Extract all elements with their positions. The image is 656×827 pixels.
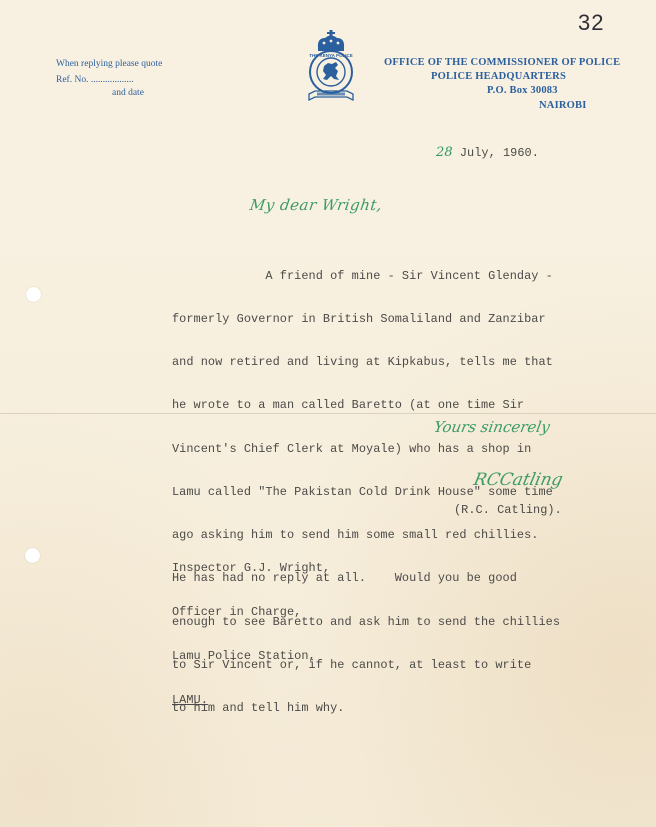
- svg-text:THE KENYA POLICE: THE KENYA POLICE: [309, 53, 352, 58]
- body-line: Vincent's Chief Clerk at Moyale) who has…: [172, 442, 560, 456]
- reply-reference-block: When replying please quote Ref. No. ....…: [56, 56, 162, 98]
- punch-hole-top: [26, 287, 41, 302]
- office-title: OFFICE OF THE COMMISSIONER OF POLICE: [384, 57, 620, 68]
- addressee-line: Officer in Charge,: [172, 605, 330, 620]
- punch-hole-bottom: [25, 548, 40, 563]
- body-line: formerly Governor in British Somaliland …: [172, 312, 560, 326]
- office-city: NAIROBI: [539, 100, 587, 111]
- page-number: 32: [578, 10, 604, 36]
- addressee-line: Lamu Police Station,: [172, 649, 330, 664]
- typed-signatory-name: (R.C. Catling).: [454, 503, 562, 517]
- handwritten-day: 28: [436, 145, 453, 160]
- kenya-police-crest-icon: THE KENYA POLICE: [303, 30, 359, 106]
- body-line: A friend of mine - Sir Vincent Glenday -: [172, 269, 560, 283]
- closing-handwritten: Yours sincerely: [432, 418, 551, 436]
- salutation: My dear Wright,: [249, 196, 384, 214]
- ref-number-line: Ref. No. ..................: [56, 72, 162, 88]
- addressee-block: Inspector G.J. Wright, Officer in Charge…: [172, 532, 330, 722]
- reply-note: When replying please quote: [56, 56, 162, 72]
- office-po-box: P.O. Box 30083: [487, 85, 558, 96]
- office-headquarters: POLICE HEADQUARTERS: [431, 71, 566, 82]
- addressee-line: Inspector G.J. Wright,: [172, 561, 330, 576]
- body-line: and now retired and living at Kipkabus, …: [172, 355, 560, 369]
- and-date-label: and date: [56, 88, 162, 98]
- signature-handwritten: RCCatling: [472, 470, 565, 490]
- letter-date: 28 July, 1960.: [436, 145, 539, 160]
- date-month-year: July, 1960.: [453, 146, 539, 160]
- body-line: he wrote to a man called Baretto (at one…: [172, 398, 560, 412]
- addressee-town: LAMU.: [172, 693, 330, 708]
